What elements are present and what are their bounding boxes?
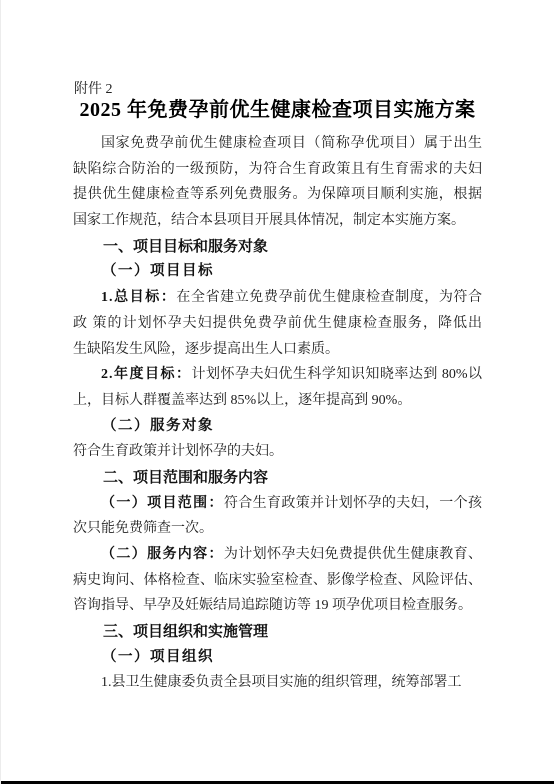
text-line: 国家工作规范，结合本县项目开展具体情况，制定本实施方案。 xyxy=(73,208,482,234)
text-line: 生缺陷发生风险，逐步提高出生人口素质。 xyxy=(73,337,482,363)
text-line: 一、项目目标和服务对象 xyxy=(73,234,482,260)
text-line: 1.总目标：在全省建立免费孕前优生健康检查制度，为符合 xyxy=(73,285,482,311)
text-line: 政 策的计划怀孕夫妇提供免费孕前优生健康检查服务，降低出 xyxy=(73,311,482,337)
text-line: （一）项目目标 xyxy=(73,259,482,285)
line-bold-prefix: （二）服务内容： xyxy=(101,547,224,562)
text-line: 缺陷综合防治的一级预防，为符合生育政策且有生育需求的夫妇 xyxy=(73,157,482,183)
text-line: 国家免费孕前优生健康检查项目（简称孕优项目）属于出生 xyxy=(73,131,482,157)
text-line: 次只能免费筛查一次。 xyxy=(73,516,482,542)
text-line: 病史询问、体格检查、临床实验室检查、影像学检查、风险评估、 xyxy=(73,568,482,594)
text-line: （一）项目范围：符合生育政策并计划怀孕的夫妇，一个孩 xyxy=(73,491,482,517)
line-bold-prefix: （一）项目范围： xyxy=(101,496,224,511)
text-line: 咨询指导、早孕及妊娠结局追踪随访等 19 项孕优项目检查服务。 xyxy=(73,593,482,619)
text-line: （二）服务内容：为计划怀孕夫妇免费提供优生健康教育、 xyxy=(73,542,482,568)
text-line: 符合生育政策并计划怀孕的夫妇。 xyxy=(73,439,482,465)
text-line: 二、项目范围和服务内容 xyxy=(73,465,482,491)
document-title: 2025 年免费孕前优生健康检查项目实施方案 xyxy=(1,93,554,122)
text-line: （一）项目组织 xyxy=(73,645,482,671)
line-bold-prefix: 1.总目标： xyxy=(101,290,176,305)
text-line: （二）服务对象 xyxy=(73,414,482,440)
text-line: 上，目标人群覆盖率达到 85%以上，逐年提高到 90%。 xyxy=(73,388,482,414)
document-page: 附件 2 2025 年免费孕前优生健康检查项目实施方案 国家免费孕前优生健康检查… xyxy=(0,0,554,784)
text-line: 提供优生健康检查等系列免费服务。为保障项目顺利实施，根据 xyxy=(73,182,482,208)
text-line: 2.年度目标：计划怀孕夫妇优生科学知识知晓率达到 80%以 xyxy=(73,362,482,388)
line-bold-prefix: 2.年度目标： xyxy=(101,367,191,382)
document-body: 国家免费孕前优生健康检查项目（简称孕优项目）属于出生缺陷综合防治的一级预防，为符… xyxy=(73,131,482,696)
text-line: 1.县卫生健康委负责全县项目实施的组织管理，统筹部署工 xyxy=(73,670,482,696)
text-line: 三、项目组织和实施管理 xyxy=(73,619,482,645)
